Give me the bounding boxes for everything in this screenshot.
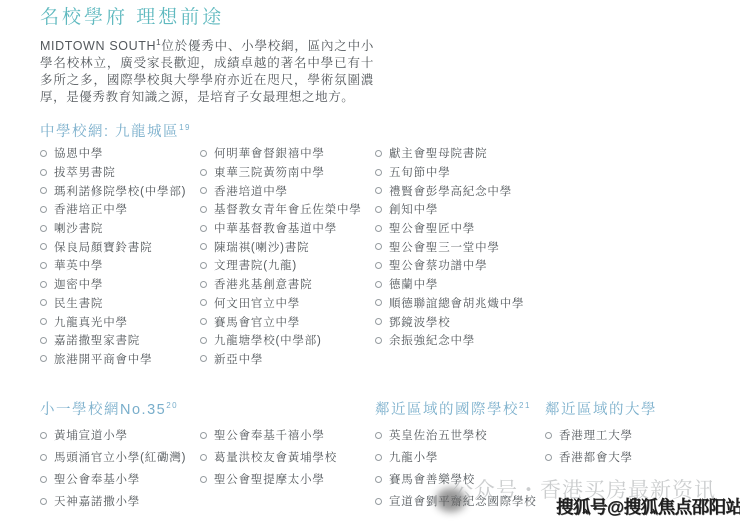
page-title: 名校學府 理想前途	[40, 2, 224, 29]
list-item: 聖公會聖匠中學	[375, 219, 524, 238]
list-item: 英皇佐治五世學校	[375, 424, 537, 446]
circle-bullet-icon	[40, 281, 47, 288]
school-name: 德蘭中學	[389, 276, 438, 292]
school-name: 東華三院黃笏南中學	[214, 164, 325, 180]
school-name: 基督教女青年會丘佐榮中學	[214, 201, 362, 217]
intro-paragraph: MIDTOWN SOUTH1位於優秀中、小學校網，區內之中小學名校林立，廣受家長…	[40, 34, 374, 106]
list-item: 中華基督教會基道中學	[200, 219, 362, 238]
circle-bullet-icon	[375, 150, 382, 157]
list-item: 迦密中學	[40, 275, 186, 294]
list-item: 創知中學	[375, 200, 524, 219]
school-name: 英皇佐治五世學校	[389, 427, 487, 443]
school-name: 香港培道中學	[214, 183, 288, 199]
primary-school-list-col2: 聖公會奉基千禧小學葛量洪校友會黃埔學校聖公會聖提摩太小學	[200, 424, 337, 490]
list-item: 協恩中學	[40, 144, 186, 163]
school-name: 天神嘉諾撒小學	[54, 493, 140, 509]
list-item: 拔萃男書院	[40, 163, 186, 182]
school-name: 五旬節中學	[389, 164, 451, 180]
circle-bullet-icon	[40, 318, 47, 325]
circle-bullet-icon	[200, 432, 207, 439]
list-item: 瑪利諾修院學校(中學部)	[40, 181, 186, 200]
circle-bullet-icon	[375, 432, 382, 439]
circle-bullet-icon	[40, 225, 47, 232]
circle-bullet-icon	[200, 150, 207, 157]
school-name: 文理書院(九龍)	[214, 257, 297, 273]
circle-bullet-icon	[40, 299, 47, 306]
list-item: 香港兆基創意書院	[200, 275, 362, 294]
list-item: 九龍真光中學	[40, 312, 186, 331]
school-name: 香港培正中學	[54, 201, 128, 217]
circle-bullet-icon	[375, 225, 382, 232]
school-name: 黃埔宣道小學	[54, 427, 128, 443]
school-name: 聖公會聖提摩太小學	[214, 471, 325, 487]
list-item: 聖公會奉基小學	[40, 468, 186, 490]
circle-bullet-icon	[200, 299, 207, 306]
school-name: 華英中學	[54, 257, 103, 273]
list-item: 聖公會蔡功譜中學	[375, 256, 524, 275]
heading-text: 鄰近區域的大學	[545, 402, 657, 418]
school-name: 協恩中學	[54, 145, 103, 161]
circle-bullet-icon	[375, 262, 382, 269]
school-name: 拔萃男書院	[54, 164, 116, 180]
school-name: 聖公會奉基小學	[54, 471, 140, 487]
circle-bullet-icon	[200, 243, 207, 250]
document-page: 名校學府 理想前途 MIDTOWN SOUTH1位於優秀中、小學校網，區內之中小…	[0, 0, 740, 525]
list-item: 香港培正中學	[40, 200, 186, 219]
school-name: 創知中學	[389, 201, 438, 217]
list-item: 嘉諾撒聖家書院	[40, 331, 186, 350]
circle-bullet-icon	[200, 318, 207, 325]
list-item: 天神嘉諾撒小學	[40, 490, 186, 512]
school-name: 香港都會大學	[559, 449, 633, 465]
school-name: 旅港開平商會中學	[54, 351, 152, 367]
circle-bullet-icon	[375, 318, 382, 325]
circle-bullet-icon	[40, 187, 47, 194]
school-name: 瑪利諾修院學校(中學部)	[54, 183, 186, 199]
school-name: 喇沙書院	[54, 220, 103, 236]
list-item: 禮賢會彭學高紀念中學	[375, 181, 524, 200]
school-name: 中華基督教會基道中學	[214, 220, 337, 236]
school-name: 余振強紀念中學	[389, 332, 475, 348]
circle-bullet-icon	[40, 206, 47, 213]
list-item: 保良局顏寶鈴書院	[40, 237, 186, 256]
circle-bullet-icon	[375, 243, 382, 250]
list-item: 喇沙書院	[40, 219, 186, 238]
circle-bullet-icon	[40, 355, 47, 362]
list-item: 聖公會聖三一堂中學	[375, 237, 524, 256]
school-name: 嘉諾撒聖家書院	[54, 332, 140, 348]
school-name: 迦密中學	[54, 276, 103, 292]
circle-bullet-icon	[40, 169, 47, 176]
circle-bullet-icon	[40, 337, 47, 344]
school-name: 聖公會聖三一堂中學	[389, 239, 500, 255]
circle-bullet-icon	[40, 476, 47, 483]
list-item: 德蘭中學	[375, 275, 524, 294]
list-item: 陳瑞祺(喇沙)書院	[200, 237, 362, 256]
circle-bullet-icon	[40, 150, 47, 157]
circle-bullet-icon	[200, 281, 207, 288]
list-item: 基督教女青年會丘佐榮中學	[200, 200, 362, 219]
circle-bullet-icon	[200, 337, 207, 344]
heading-text: 小一學校網No.35	[40, 402, 166, 418]
list-item: 九龍塘學校(中學部)	[200, 331, 362, 350]
list-item: 旅港開平商會中學	[40, 350, 186, 369]
school-name: 聖公會聖匠中學	[389, 220, 475, 236]
circle-bullet-icon	[40, 454, 47, 461]
list-item: 何文田官立中學	[200, 294, 362, 313]
circle-bullet-icon	[200, 355, 207, 362]
school-name: 九龍塘學校(中學部)	[214, 332, 322, 348]
list-item: 余振強紀念中學	[375, 331, 524, 350]
circle-bullet-icon	[40, 262, 47, 269]
school-name: 九龍真光中學	[54, 314, 128, 330]
list-item: 新亞中學	[200, 350, 362, 369]
school-name: 陳瑞祺(喇沙)書院	[214, 239, 309, 255]
circle-bullet-icon	[200, 206, 207, 213]
school-name: 鄧鏡波學校	[389, 314, 451, 330]
circle-bullet-icon	[545, 432, 552, 439]
circle-bullet-icon	[200, 225, 207, 232]
list-item: 馬頭涌官立小學(紅磡灣)	[40, 446, 186, 468]
list-item: 東華三院黃笏南中學	[200, 163, 362, 182]
list-item: 賽馬會官立中學	[200, 312, 362, 331]
circle-bullet-icon	[40, 432, 47, 439]
circle-bullet-icon	[200, 454, 207, 461]
secondary-school-list-col2: 何明華會督銀禧中學東華三院黃笏南中學香港培道中學基督教女青年會丘佐榮中學中華基督…	[200, 144, 362, 368]
list-item: 順德聯誼總會胡兆熾中學	[375, 294, 524, 313]
list-item: 五旬節中學	[375, 163, 524, 182]
list-item: 黃埔宣道小學	[40, 424, 186, 446]
school-name: 新亞中學	[214, 351, 263, 367]
list-item: 獻主會聖母院書院	[375, 144, 524, 163]
secondary-section-heading: 中學校網: 九龍城區19	[40, 120, 191, 141]
circle-bullet-icon	[40, 243, 47, 250]
school-name: 獻主會聖母院書院	[389, 145, 487, 161]
school-name: 葛量洪校友會黃埔學校	[214, 449, 337, 465]
list-item: 民生書院	[40, 294, 186, 313]
school-name: 何明華會督銀禧中學	[214, 145, 325, 161]
school-name: 民生書院	[54, 295, 103, 311]
school-name: 九龍小學	[389, 449, 438, 465]
school-name: 聖公會蔡功譜中學	[389, 257, 487, 273]
secondary-school-list-col3: 獻主會聖母院書院五旬節中學禮賢會彭學高紀念中學創知中學聖公會聖匠中學聖公會聖三一…	[375, 144, 524, 350]
watermark-sohu-text: 搜狐号@搜狐焦点邵阳站	[556, 494, 740, 519]
school-name: 香港兆基創意書院	[214, 276, 312, 292]
brand-name: MIDTOWN SOUTH	[40, 39, 156, 53]
secondary-school-list-col1: 協恩中學拔萃男書院瑪利諾修院學校(中學部)香港培正中學喇沙書院保良局顏寶鈴書院華…	[40, 144, 186, 368]
footnote-sup: 20	[166, 401, 178, 410]
list-item: 葛量洪校友會黃埔學校	[200, 446, 337, 468]
heading-text: 中學校網: 九龍城區	[40, 124, 179, 140]
circle-bullet-icon	[375, 337, 382, 344]
primary-school-list-col1: 黃埔宣道小學馬頭涌官立小學(紅磡灣)聖公會奉基小學天神嘉諾撒小學	[40, 424, 186, 512]
school-name: 香港理工大學	[559, 427, 633, 443]
list-item: 香港都會大學	[545, 446, 633, 468]
circle-bullet-icon	[375, 498, 382, 505]
list-item: 九龍小學	[375, 446, 537, 468]
school-name: 禮賢會彭學高紀念中學	[389, 183, 512, 199]
circle-bullet-icon	[200, 476, 207, 483]
school-name: 何文田官立中學	[214, 295, 300, 311]
list-item: 聖公會聖提摩太小學	[200, 468, 337, 490]
university-section-heading: 鄰近區域的大學	[545, 398, 657, 419]
list-item: 香港培道中學	[200, 181, 362, 200]
circle-bullet-icon	[40, 498, 47, 505]
list-item: 何明華會督銀禧中學	[200, 144, 362, 163]
list-item: 香港理工大學	[545, 424, 633, 446]
international-section-heading: 鄰近區域的國際學校21	[375, 398, 531, 419]
school-name: 聖公會奉基千禧小學	[214, 427, 325, 443]
list-item: 聖公會奉基千禧小學	[200, 424, 337, 446]
circle-bullet-icon	[375, 187, 382, 194]
circle-bullet-icon	[545, 454, 552, 461]
school-name: 馬頭涌官立小學(紅磡灣)	[54, 449, 186, 465]
heading-text: 鄰近區域的國際學校	[375, 402, 519, 418]
school-name: 賽馬會官立中學	[214, 314, 300, 330]
circle-bullet-icon	[375, 476, 382, 483]
circle-bullet-icon	[200, 262, 207, 269]
footnote-sup: 19	[179, 123, 191, 132]
circle-bullet-icon	[375, 454, 382, 461]
list-item: 文理書院(九龍)	[200, 256, 362, 275]
circle-bullet-icon	[200, 187, 207, 194]
footnote-sup: 21	[519, 401, 531, 410]
circle-bullet-icon	[375, 281, 382, 288]
university-list: 香港理工大學香港都會大學	[545, 424, 633, 468]
school-name: 順德聯誼總會胡兆熾中學	[389, 295, 524, 311]
school-name: 保良局顏寶鈴書院	[54, 239, 152, 255]
list-item: 華英中學	[40, 256, 186, 275]
circle-bullet-icon	[375, 169, 382, 176]
circle-bullet-icon	[375, 206, 382, 213]
primary-section-heading: 小一學校網No.3520	[40, 398, 178, 419]
circle-bullet-icon	[375, 299, 382, 306]
list-item: 鄧鏡波學校	[375, 312, 524, 331]
circle-bullet-icon	[200, 169, 207, 176]
